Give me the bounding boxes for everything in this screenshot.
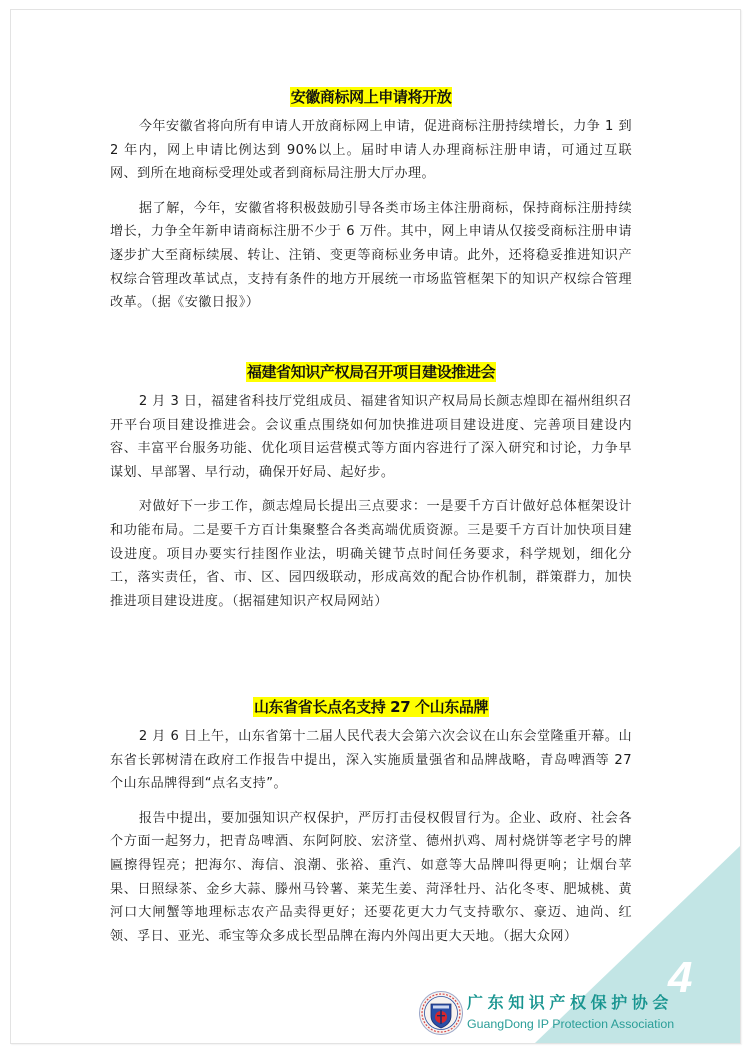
association-name-en: GuangDong IP Protection Association bbox=[467, 1016, 674, 1032]
article-anhui-trademark: 安徽商标网上申请将开放 今年安徽省将向所有申请人开放商标网上申请，促进商标注册持… bbox=[110, 86, 632, 315]
article-paragraph: 据了解，今年，安徽省将积极鼓励引导各类市场主体注册商标，保持商标注册持续增长，力… bbox=[110, 197, 632, 315]
article-fujian-ip-bureau: 福建省知识产权局召开项目建设推进会 2 月 3 日，福建省科技厅党组成员、福建省… bbox=[110, 361, 632, 613]
association-name-cn: 广东知识产权保护协会 bbox=[467, 993, 674, 1013]
headline-container: 福建省知识产权局召开项目建设推进会 bbox=[110, 361, 632, 383]
article-paragraph: 2 月 3 日，福建省科技厅党组成员、福建省知识产权局局长颜志煌即在福州组织召开… bbox=[110, 390, 632, 484]
article-paragraph: 2 月 6 日上午，山东省第十二届人民代表大会第六次会议在山东会堂隆重开幕。山东… bbox=[110, 725, 632, 796]
association-emblem-icon bbox=[418, 990, 464, 1036]
association-name-block: 广东知识产权保护协会 GuangDong IP Protection Assoc… bbox=[467, 993, 674, 1032]
headline-container: 山东省省长点名支持 27 个山东品牌 bbox=[110, 696, 632, 718]
page-number: 4 bbox=[668, 956, 692, 1000]
article-headline: 安徽商标网上申请将开放 bbox=[290, 87, 453, 107]
article-shandong-brands: 山东省省长点名支持 27 个山东品牌 2 月 6 日上午，山东省第十二届人民代表… bbox=[110, 696, 632, 948]
article-paragraph: 报告中提出，要加强知识产权保护，严厉打击侵权假冒行为。企业、政府、社会各个方面一… bbox=[110, 807, 632, 949]
article-paragraph: 今年安徽省将向所有申请人开放商标网上申请，促进商标注册持续增长，力争 1 到 2… bbox=[110, 115, 632, 186]
headline-container: 安徽商标网上申请将开放 bbox=[110, 86, 632, 108]
article-headline: 福建省知识产权局召开项目建设推进会 bbox=[246, 362, 496, 382]
article-paragraph: 对做好下一步工作，颜志煌局长提出三点要求：一是要千方百计做好总体框架设计和功能布… bbox=[110, 495, 632, 613]
article-headline: 山东省省长点名支持 27 个山东品牌 bbox=[253, 697, 489, 717]
